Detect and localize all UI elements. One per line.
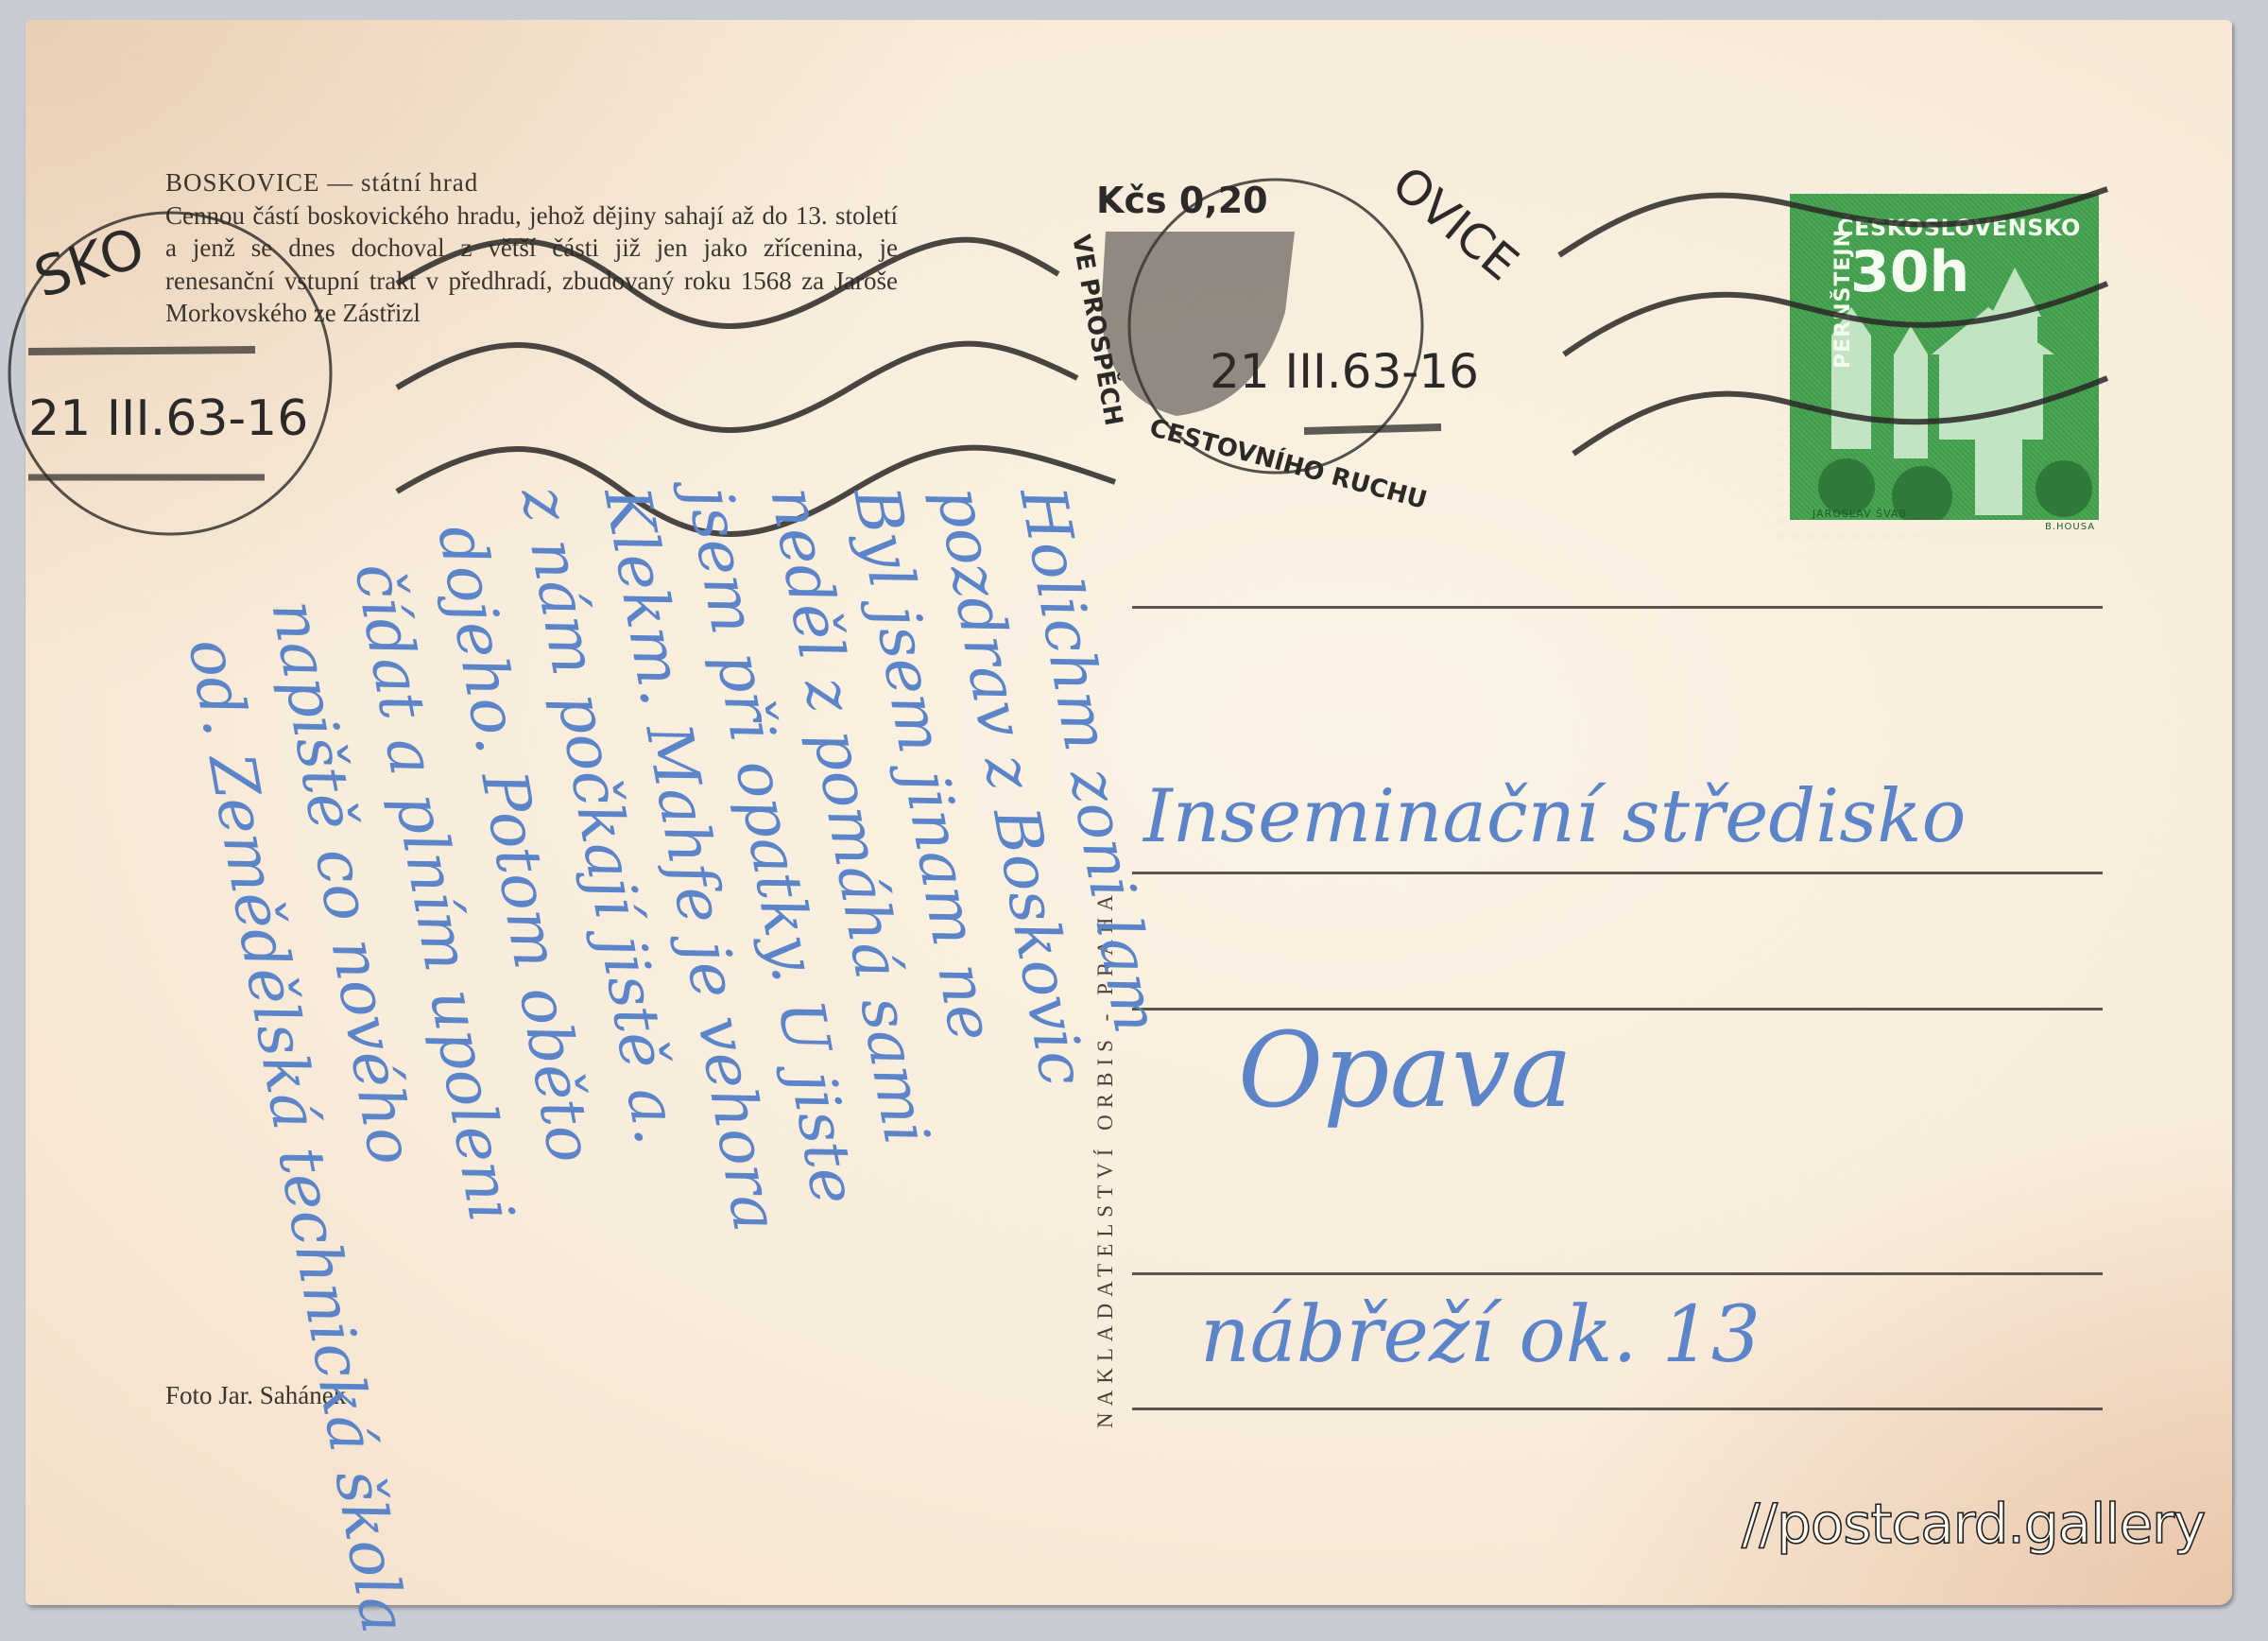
svg-text:nábřeží ok. 13: nábřeží ok. 13 [1200,1290,1761,1380]
svg-text:Opava: Opava [1238,1010,1572,1131]
address-handwriting: Inseminační středisko Opava nábřeží ok. … [1142,774,1967,1380]
svg-text:Inseminační středisko: Inseminační středisko [1142,774,1967,859]
left-postmark: SKO 21 III.63-16 [9,213,331,534]
svg-text:OVICE: OVICE [1382,156,1528,291]
svg-text:21 III.63-16: 21 III.63-16 [28,390,308,447]
postmarks-and-handwriting: SKO 21 III.63-16 Kčs 0,20 OVICE 21 III.6… [0,0,2268,1641]
message-handwriting: Holichm zoni lampozdrav z BoskovicByl js… [174,470,1173,1639]
svg-text:21 III.63-16: 21 III.63-16 [1210,344,1479,399]
watermark: //postcard.gallery [1742,1492,2205,1556]
slogan-postmark: Kčs 0,20 OVICE 21 III.63-16 VE PROSPĚCH … [1066,156,1528,515]
svg-text:SKO: SKO [26,215,152,310]
svg-text:Kčs 0,20: Kčs 0,20 [1096,180,1268,221]
